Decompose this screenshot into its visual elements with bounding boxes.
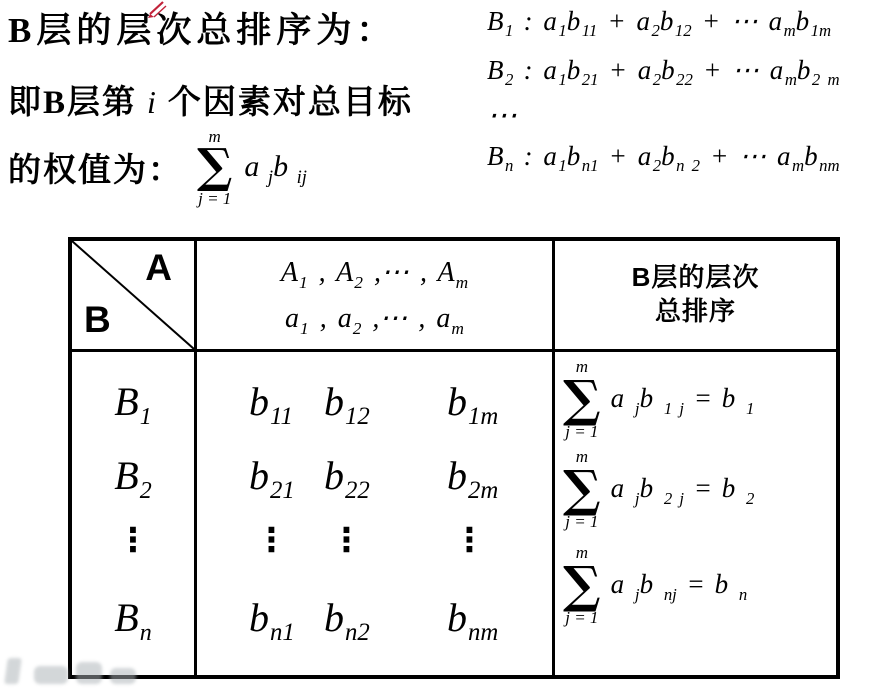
summation: m ∑ j = 1 [563,358,601,440]
sum-body: a jb ij [244,150,307,184]
a-factors-header-cell: A1 , A2 ,⋯ , Am a1 , a2 ,⋯ , am [197,241,555,352]
watermark-blob [4,658,22,684]
intro-text-block: B层的层次总排序为： 即B层第i个因素对总目标 的权值为： m ∑ j = 1 … [8,10,483,52]
row-label: B1 [72,378,194,425]
intro-line-3-prefix: 的权值为： [8,144,183,191]
sigma-icon: ∑ [563,561,601,609]
sum-lower-limit: j = 1 [565,609,598,626]
sum-lower-limit: j = 1 [198,190,231,207]
slide: B层的层次总排序为： 即B层第i个因素对总目标 的权值为： m ∑ j = 1 … [0,0,883,690]
matrix-ellipsis: ⋮ [255,520,288,559]
b-ranking-title-line-1: B层的层次 [632,261,760,295]
summation: m ∑ j = 1 [563,448,601,530]
matrix-entry: b11 [249,378,293,425]
intro-line-2-prefix: 即B层第 [8,85,137,121]
sum-lower-limit: j = 1 [565,423,598,440]
b-ranking-header-cell: B层的层次 总排序 [555,241,836,352]
row-label-ellipsis: ⋮ [72,520,194,559]
matrix-row: b11 b12 b1m [197,378,552,440]
sum-body: a jb 2 j = b 2 [611,473,755,504]
matrix-entry: b21 [249,452,295,499]
total-ranking-table: A B A1 , A2 ,⋯ , Am a1 , a2 ,⋯ , am B层的层… [68,237,840,679]
sigma-icon: ∑ [563,465,601,513]
watermark-blob [34,666,68,684]
matrix-ellipsis-row: ⋮ ⋮ ⋮ [197,520,552,582]
sum-body: a jb 1 j = b 1 [611,383,755,414]
sum-formula: m ∑ j = 1 a jb nj = b n [563,544,747,626]
summation-intro: m ∑ j = 1 [197,128,232,207]
matrix-row: b21 b22 b2m [197,452,552,514]
index-variable-i: i [137,84,168,120]
sum-formulas-cell: m ∑ j = 1 a jb 1 j = b 1 m ∑ j = 1 a jb … [555,352,836,675]
watermark [0,648,150,688]
matrix-ellipsis: ⋮ [453,520,486,559]
corner-label-b: B [84,299,111,341]
b-ranking-title-line-2: 总排序 [655,295,736,329]
summation: m ∑ j = 1 [563,544,601,626]
row-label: B2 [72,452,194,499]
a-weights-line: a1 , a2 ,⋯ , am [285,301,464,335]
sigma-icon: ∑ [197,145,232,190]
b-labels-column: B1 B2 ⋮ Bn [72,352,197,675]
matrix-entry: b1m [447,378,498,425]
corner-header-cell: A B [72,241,197,352]
intro-line-2: 即B层第i个因素对总目标 [8,76,413,123]
watermark-blob [76,662,102,684]
weights-matrix-cell: b11 b12 b1m b21 b22 b2m ⋮ ⋮ ⋮ bn1 bn2 bn… [197,352,555,675]
matrix-entry: b22 [324,452,370,499]
equation-line: B2 : a1b21 + a2b22 + ⋯ amb2 m [487,55,840,86]
sigma-icon: ∑ [563,375,601,423]
intro-line-1: B层的层次总排序为： [8,10,483,52]
matrix-entry: bn1 [249,594,295,641]
sum-formula: m ∑ j = 1 a jb 1 j = b 1 [563,358,754,440]
matrix-entry: b2m [447,452,498,499]
equation-ellipsis: ⋯ [487,98,518,133]
row-label: Bn [72,594,194,641]
corner-label-a: A [145,247,172,289]
intro-line-2-suffix: 个因素对总目标 [168,85,413,121]
matrix-row: bn1 bn2 bnm [197,594,552,656]
matrix-entry: b12 [324,378,370,425]
matrix-entry: bn2 [324,594,370,641]
sum-lower-limit: j = 1 [565,513,598,530]
sum-formula: m ∑ j = 1 a jb 2 j = b 2 [563,448,754,530]
watermark-blob [110,668,136,684]
matrix-entry: bnm [447,594,498,641]
equation-line: B1 : a1b11 + a2b12 + ⋯ amb1m [487,6,831,37]
equation-line: Bn : a1bn1 + a2bn 2 + ⋯ ambnm [487,141,840,172]
intro-line-3: 的权值为： m ∑ j = 1 a jb ij [8,128,307,207]
sum-body: a jb nj = b n [611,569,748,600]
matrix-ellipsis: ⋮ [330,520,363,559]
a-factors-line: A1 , A2 ,⋯ , Am [281,255,468,289]
